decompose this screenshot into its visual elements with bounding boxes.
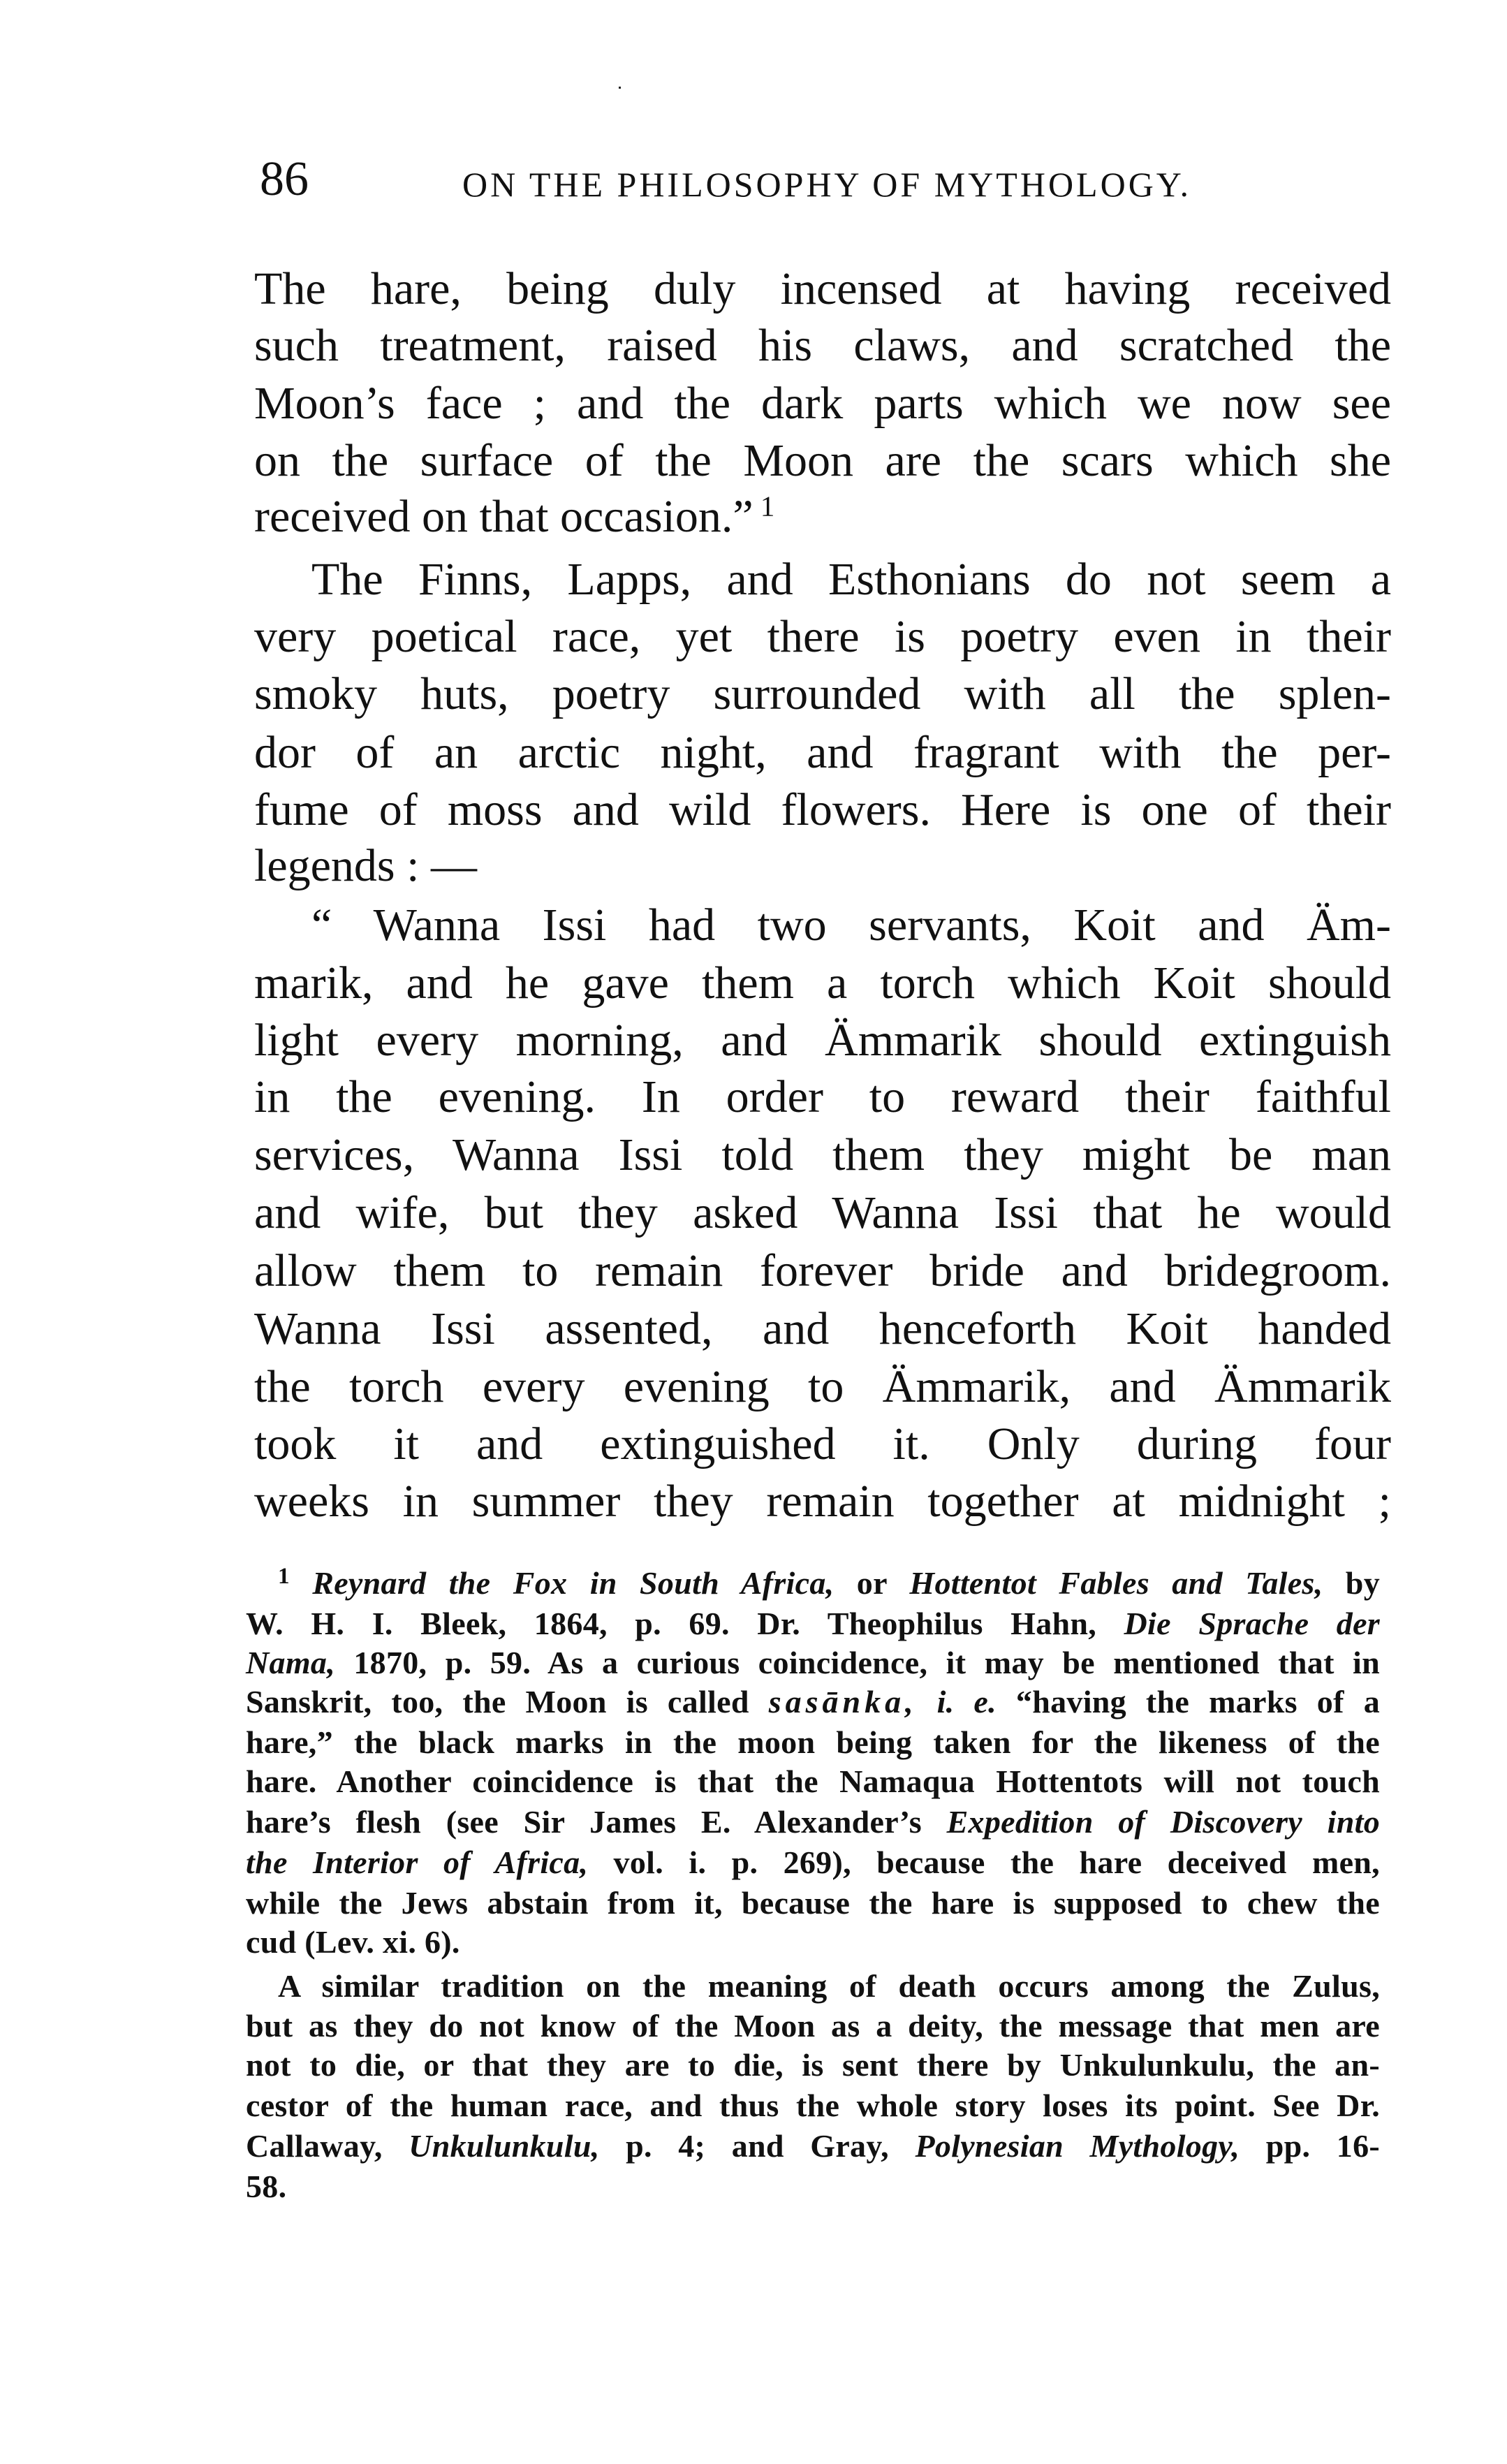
italic-title: Die Sprache der bbox=[1124, 1606, 1380, 1641]
body-line-text: such treatment, raised his claws, and sc… bbox=[254, 320, 1391, 371]
footnote-line: not to die, or that they are to die, is … bbox=[246, 2045, 1380, 2085]
italic-title: i. e. bbox=[937, 1684, 997, 1719]
body-line: light every morning, and Ämmarik should … bbox=[254, 1013, 1391, 1069]
footnote-text bbox=[918, 1684, 937, 1719]
body-line: took it and extinguished it. Only during… bbox=[254, 1416, 1391, 1472]
footnote-line: hare. Another coincidence is that the Na… bbox=[246, 1761, 1380, 1802]
italic-title: Expedition of Discovery into bbox=[947, 1804, 1380, 1840]
body-line: weeks in summer they remain together at … bbox=[254, 1474, 1391, 1530]
body-line-text: on the surface of the Moon are the scars… bbox=[254, 435, 1391, 486]
italic-title: Hottentot Fables and Tales, bbox=[909, 1565, 1323, 1601]
footnote-line: A similar tradition on the meaning of de… bbox=[278, 1966, 1380, 2007]
body-line-text: smoky huts, poetry surrounded with all t… bbox=[254, 668, 1391, 719]
body-line: The Finns, Lapps, and Esthonians do not … bbox=[311, 552, 1391, 608]
footnote-text: while the Jews abstain from it, because … bbox=[246, 1885, 1380, 1921]
italic-title: Nama, bbox=[246, 1645, 335, 1680]
running-title: ON THE PHILOSOPHY OF MYTHOLOGY. bbox=[462, 163, 1191, 205]
body-line-text: received on that occasion.” bbox=[254, 491, 753, 542]
body-line-text: services, Wanna Issi told them they migh… bbox=[254, 1129, 1391, 1180]
body-line: such treatment, raised his claws, and sc… bbox=[254, 318, 1391, 374]
body-line-text: very poetical race, yet there is poetry … bbox=[254, 611, 1391, 662]
footnote-line: 58. bbox=[246, 2166, 1380, 2207]
footnote-text: cud (Lev. xi. 6). bbox=[246, 1924, 460, 1960]
body-line-text: The hare, being duly incensed at having … bbox=[254, 263, 1391, 314]
body-line: the torch every evening to Ämmarik, and … bbox=[254, 1359, 1391, 1415]
body-line: in the evening. In order to reward their… bbox=[254, 1069, 1391, 1125]
footnote-line: W. H. I. Bleek, 1864, p. 69. Dr. Theophi… bbox=[246, 1604, 1380, 1644]
sanskrit-term: sasānka, bbox=[769, 1684, 918, 1719]
body-line-text: in the evening. In order to reward their… bbox=[254, 1071, 1391, 1122]
footnote-line: hare,” the black marks in the moon being… bbox=[246, 1722, 1380, 1763]
body-line-text: Moon’s face ; and the dark parts which w… bbox=[254, 378, 1391, 429]
footnote-line: Sanskrit, too, the Moon is called sasānk… bbox=[246, 1682, 1380, 1722]
footnote-line: Callaway, Unkulunkulu, p. 4; and Gray, P… bbox=[246, 2126, 1380, 2166]
page-number: 86 bbox=[260, 155, 309, 204]
footnote-line: hare’s flesh (see Sir James E. Alexander… bbox=[246, 1802, 1380, 1842]
body-line: and wife, but they asked Wanna Issi that… bbox=[254, 1185, 1391, 1241]
italic-title: the Interior of Africa, bbox=[246, 1845, 588, 1880]
body-line: The hare, being duly incensed at having … bbox=[254, 261, 1391, 317]
footnote-text: “having the marks of a bbox=[997, 1684, 1380, 1719]
footnote-line: cestor of the human race, and thus the w… bbox=[246, 2085, 1380, 2126]
body-line: received on that occasion.” 1 bbox=[254, 489, 1391, 545]
body-line: fume of moss and wild flowers. Here is o… bbox=[254, 782, 1391, 838]
body-line-text: legends : — bbox=[254, 840, 477, 891]
footnote-text: 58. bbox=[246, 2169, 286, 2204]
footnote-text bbox=[290, 1565, 312, 1601]
footnote-text: hare’s flesh (see Sir James E. Alexander… bbox=[246, 1804, 947, 1840]
footnote-text: Sanskrit, too, the Moon is called bbox=[246, 1684, 769, 1719]
body-line: marik, and he gave them a torch which Ko… bbox=[254, 955, 1391, 1011]
footnote-text: W. H. I. Bleek, 1864, p. 69. Dr. Theophi… bbox=[246, 1606, 1124, 1641]
body-line: allow them to remain forever bride and b… bbox=[254, 1243, 1391, 1299]
footnote-text: 1870, p. 59. As a curious coincidence, i… bbox=[335, 1645, 1380, 1680]
footnote-line: while the Jews abstain from it, because … bbox=[246, 1883, 1380, 1923]
body-line-text: “ Wanna Issi had two servants, Koit and … bbox=[311, 900, 1391, 951]
footnote-line: the Interior of Africa, vol. i. p. 269),… bbox=[246, 1842, 1380, 1883]
body-line-text: The Finns, Lapps, and Esthonians do not … bbox=[311, 554, 1391, 605]
body-line: very poetical race, yet there is poetry … bbox=[254, 609, 1391, 665]
italic-title: Polynesian Mythology, bbox=[915, 2128, 1240, 2164]
body-line: services, Wanna Issi told them they migh… bbox=[254, 1127, 1391, 1183]
italic-title: Reynard the Fox in South Africa, bbox=[312, 1565, 834, 1601]
scan-speck bbox=[619, 87, 621, 89]
body-line-text: allow them to remain forever bride and b… bbox=[254, 1245, 1391, 1296]
book-page: 86 ON THE PHILOSOPHY OF MYTHOLOGY. The h… bbox=[0, 0, 1507, 2464]
italic-title: Unkulunkulu, bbox=[409, 2128, 599, 2164]
footnote-line: 1 Reynard the Fox in South Africa, or Ho… bbox=[278, 1563, 1380, 1604]
body-line-text: Wanna Issi assented, and henceforth Koit… bbox=[254, 1303, 1391, 1354]
footnote-text: p. 4; and Gray, bbox=[600, 2128, 916, 2164]
footnote-marker: 1 bbox=[278, 1563, 290, 1589]
footnote-line: but as they do not know of the Moon as a… bbox=[246, 2006, 1380, 2046]
body-line-text: dor of an arctic night, and fragrant wit… bbox=[254, 727, 1391, 778]
footnote-line: cud (Lev. xi. 6). bbox=[246, 1922, 1380, 1963]
body-line-text: the torch every evening to Ämmarik, and … bbox=[254, 1361, 1391, 1412]
footnote-text: but as they do not know of the Moon as a… bbox=[246, 2008, 1380, 2044]
footnote-text: Callaway, bbox=[246, 2128, 409, 2164]
body-line: Wanna Issi assented, and henceforth Koit… bbox=[254, 1301, 1391, 1357]
body-line-text: fume of moss and wild flowers. Here is o… bbox=[254, 784, 1391, 835]
body-line-text: weeks in summer they remain together at … bbox=[254, 1476, 1391, 1527]
body-line: “ Wanna Issi had two servants, Koit and … bbox=[311, 897, 1391, 953]
body-line: smoky huts, poetry surrounded with all t… bbox=[254, 666, 1391, 722]
footnote-text: A similar tradition on the meaning of de… bbox=[278, 1968, 1380, 2004]
body-line: legends : — bbox=[254, 838, 1391, 894]
footnote-text: cestor of the human race, and thus the w… bbox=[246, 2088, 1380, 2123]
footnote-text: hare,” the black marks in the moon being… bbox=[246, 1724, 1380, 1760]
running-head: 86 ON THE PHILOSOPHY OF MYTHOLOGY. bbox=[260, 155, 1391, 204]
body-line-text: light every morning, and Ämmarik should … bbox=[254, 1015, 1391, 1066]
footnote-text: pp. 16- bbox=[1240, 2128, 1380, 2164]
footnote-text: or bbox=[834, 1565, 909, 1601]
body-line-text: marik, and he gave them a torch which Ko… bbox=[254, 958, 1391, 1009]
body-line: dor of an arctic night, and fragrant wit… bbox=[254, 725, 1391, 781]
body-line-text: and wife, but they asked Wanna Issi that… bbox=[254, 1187, 1391, 1238]
body-line: on the surface of the Moon are the scars… bbox=[254, 433, 1391, 489]
body-line-text: took it and extinguished it. Only during… bbox=[254, 1418, 1391, 1469]
footnote-text: by bbox=[1323, 1565, 1380, 1601]
footnote-text: vol. i. p. 269), because the hare deceiv… bbox=[588, 1845, 1380, 1880]
body-line: Moon’s face ; and the dark parts which w… bbox=[254, 376, 1391, 432]
footnote-reference[interactable]: 1 bbox=[753, 491, 775, 522]
footnote-text: not to die, or that they are to die, is … bbox=[246, 2047, 1380, 2083]
footnote-text: hare. Another coincidence is that the Na… bbox=[246, 1763, 1380, 1799]
footnote-line: Nama, 1870, p. 59. As a curious coincide… bbox=[246, 1643, 1380, 1683]
